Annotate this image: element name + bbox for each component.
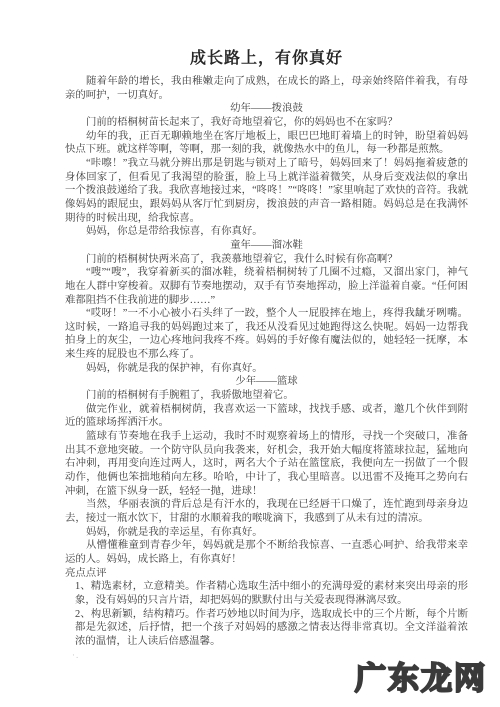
paragraph: “嗖”“嗖”，我穿着新买的溜冰鞋，绕着梧桐树转了几圈不过瘾，又溜出家门，神气地在… <box>65 266 468 307</box>
paragraph: “哎呀！”一不小心被小石头绊了一跤，整个人一屁股摔在地上，疼得我龇牙咧嘴。这时候… <box>65 307 468 362</box>
section-heading-youth: 幼年——拨浪鼓 <box>65 102 468 116</box>
document-page: 成长路上，有你真好 随着年龄的增长，我由稚嫩走向了成熟，在成长的路上，母亲始终陪… <box>65 50 468 649</box>
paragraph-refrain: 妈妈，你总是带给我惊喜，有你真好。 <box>65 225 468 239</box>
review-item-2: 2、构思新颖，结构精巧。作者巧妙地以时间为序，选取成长中的三个片断，每个片断都是… <box>75 608 468 649</box>
paragraph: 门前的梧桐树苗长起来了，我好奇地望着它，你的妈妈也不在家吗？ <box>65 116 468 130</box>
paragraph: “咔嚓！”我立马就分辨出那是钥匙与锁对上了暗号，妈妈回来了！妈妈拖着疲惫的身体回… <box>65 157 468 225</box>
paragraph-conclusion: 从懵懂稚童到青春少年，妈妈就是那个不断给我惊喜、一直悉心呵护、给我带来幸运的人。… <box>65 539 468 566</box>
scan-artifact: ·. <box>72 650 79 660</box>
paragraph: 门前的梧桐树快两米高了，我羡慕地望着它，我什么时候有你高啊？ <box>65 253 468 267</box>
paragraph: 当然，华丽表演的背后总是有汗水的，我现在已经唇干口燥了，连忙跑到母亲身边去，接过… <box>65 498 468 525</box>
essay-title: 成长路上，有你真好 <box>65 50 468 68</box>
essay-body: 随着年龄的增长，我由稚嫩走向了成熟，在成长的路上，母亲始终陪伴着我，有母亲的呵护… <box>65 75 468 649</box>
paragraph: 篮球有节奏地在我手上运动，我时不时观察着场上的情形，寻找一个突破口，准备出其不意… <box>65 430 468 498</box>
section-heading-teen: 少年——篮球 <box>65 375 468 389</box>
paragraph: 做完作业，就着梧桐树荫，我喜欢运一下篮球，找找手感、或者，邀几个伙伴到附近的篮球… <box>65 403 468 430</box>
paragraph-refrain: 妈妈，你就是我的保护神，有你真好。 <box>65 362 468 376</box>
site-watermark: 广东龙网 <box>355 653 487 698</box>
paragraph-refrain: 妈妈，你就是我的幸运星，有你真好。 <box>65 526 468 540</box>
review-item-1: 1、精选素材，立意精美。作者精心选取生活中细小的充满母爱的素材来突出母亲的形象，… <box>75 580 468 607</box>
review-heading: 亮点点评 <box>65 567 468 581</box>
paragraph: 幼年的我，正百无聊赖地坐在客厅地板上，眼巴巴地盯着墙上的时钟，盼望着妈妈快点下班… <box>65 130 468 157</box>
review-section: 亮点点评 1、精选素材，立意精美。作者精心选取生活中细小的充满母爱的素材来突出母… <box>75 567 468 649</box>
section-heading-childhood: 童年——溜冰鞋 <box>65 239 468 253</box>
paragraph: 门前的梧桐树有手腕粗了，我骄傲地望着它。 <box>65 389 468 403</box>
paragraph-intro: 随着年龄的增长，我由稚嫩走向了成熟，在成长的路上，母亲始终陪伴着我，有母亲的呵护… <box>65 75 468 102</box>
